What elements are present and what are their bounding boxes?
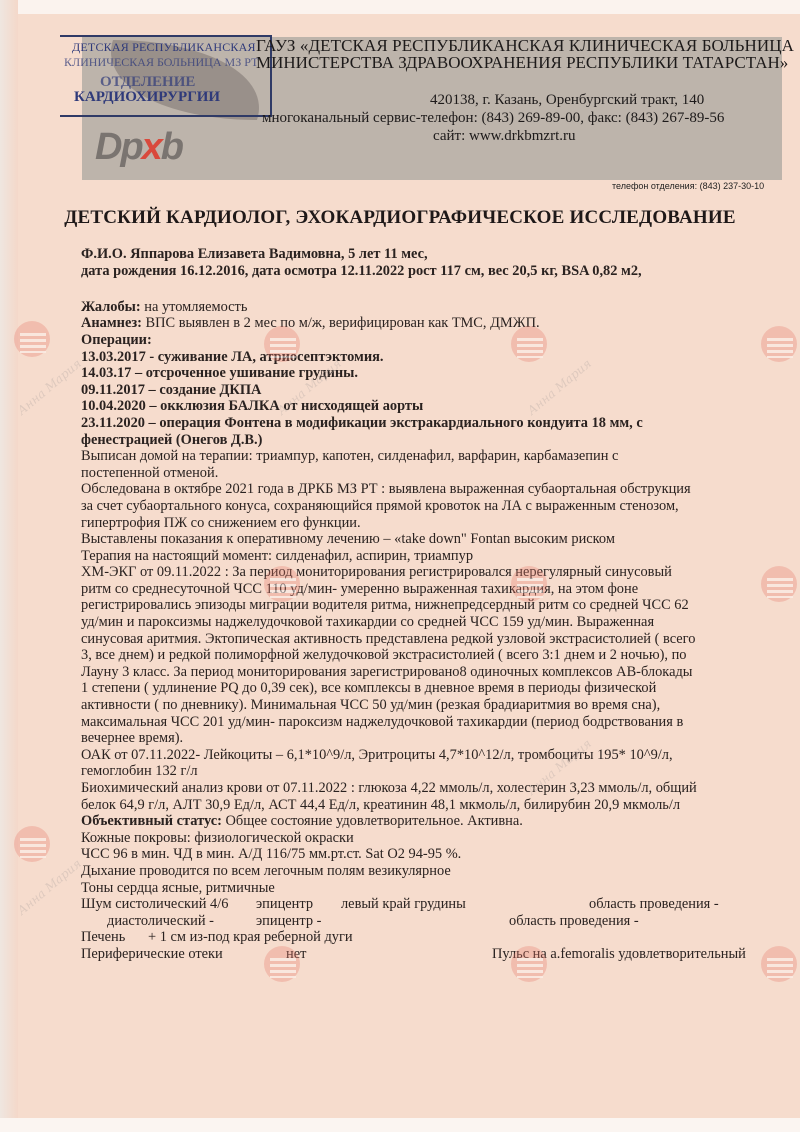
holter-line: Лауну 3 класс. За период мониторирования… <box>81 664 781 681</box>
logo-part: x <box>142 126 161 168</box>
document-title: ДЕТСКИЙ КАРДИОЛОГ, ЭХОКАРДИОГРАФИЧЕСКОЕ … <box>0 207 800 229</box>
edema-value: нет <box>286 946 306 963</box>
holter-line: ХМ-ЭКГ от 09.11.2022 : За период монитор… <box>81 564 781 581</box>
breathing: Дыхание проводится по всем легочным поля… <box>81 863 781 880</box>
objective-status: Объективный статус: Общее состояние удов… <box>81 813 781 830</box>
cbc-line: ОАК от 07.11.2022- Лейкоциты – 6,1*10^9/… <box>81 747 781 764</box>
murmur-systolic-row: Шум систолический 4/6 эпицентр левый кра… <box>81 896 781 913</box>
vitals: ЧСС 96 в мин. ЧД в мин. А/Д 116/75 мм.рт… <box>81 846 781 863</box>
murmur-epicenter-label: эпицентр <box>256 896 313 913</box>
exam-2021-line: гипертрофия ПЖ со снижением его функции. <box>81 515 781 532</box>
biochem-line: белок 64,9 г/л, АЛТ 30,9 Ед/л, АСТ 44,4 … <box>81 797 781 814</box>
patient-details-line: дата рождения 16.12.2016, дата осмотра 1… <box>81 263 781 280</box>
org-website: сайт: www.drkbmzrt.ru <box>433 128 576 145</box>
operation-item: 10.04.2020 – окклюзия БАЛКА от нисходяще… <box>81 398 781 415</box>
holter-line: уд/мин и пароксизмы наджелудочковой тахи… <box>81 614 781 631</box>
murmur-diastolic-label: диастолический - <box>107 913 214 930</box>
current-therapy: Терапия на настоящий момент: силденафил,… <box>81 548 781 565</box>
holter-line: регистрировались эпизоды миграции водите… <box>81 597 781 614</box>
scan-edge-bottom <box>0 1118 800 1132</box>
murmur-diastolic-epicenter: эпицентр - <box>256 913 321 930</box>
biochem-line: Биохимический анализ крови от 07.11.2022… <box>81 780 781 797</box>
liver-value: + 1 см из-под края реберной дуги <box>148 929 353 946</box>
murmur-epicenter-value: левый край грудины <box>341 896 466 913</box>
operation-item: 14.03.17 – отсроченное ушивание грудины. <box>81 365 781 382</box>
anamnesis-value: ВПС выявлен в 2 мес по м/ж, верифицирова… <box>142 315 540 331</box>
murmur-diastolic-conduction: область проведения - <box>509 913 639 930</box>
holter-line: ритм со среднесуточной ЧСС 110 уд/мин- у… <box>81 581 781 598</box>
murmur-systolic-label: Шум систолический 4/6 <box>81 896 228 913</box>
complaints: Жалобы: на утомляемость <box>81 299 781 316</box>
heart-tones: Тоны сердца ясные, ритмичные <box>81 880 781 897</box>
hospital-logo: Dрxb <box>95 126 182 169</box>
operation-item: 23.11.2020 – операция Фонтена в модифика… <box>81 415 781 432</box>
holter-line: синусовая аритмия. Эктопическая активнос… <box>81 631 781 648</box>
holter-line: активности ( по дневнику). Минимальная Ч… <box>81 697 781 714</box>
stamp-line: ДЕТСКАЯ РЕСПУБЛИКАНСКАЯ <box>72 40 256 55</box>
murmur-diastolic-row: диастолический - эпицентр - область пров… <box>81 913 781 930</box>
edema-label: Периферические отеки <box>81 946 223 963</box>
indications: Выставлены показания к оперативному лече… <box>81 531 781 548</box>
objective-label: Объективный статус: <box>81 813 222 829</box>
operations-label: Операции: <box>81 332 781 349</box>
liver-row: Печень + 1 см из-под края реберной дуги <box>81 929 781 946</box>
operation-item: 13.03.2017 - суживание ЛА, атриосептэкто… <box>81 349 781 366</box>
holter-line: 1 степени ( удлинение PQ до 0,39 сек), в… <box>81 680 781 697</box>
scan-edge-left <box>0 0 18 1132</box>
edema-row: Периферические отеки нет Пульс на a.femo… <box>81 946 781 963</box>
pulse-femoralis: Пульс на a.femoralis удовлетворительный <box>492 946 746 963</box>
operation-item: 09.11.2017 – создание ДКПА <box>81 382 781 399</box>
discharge-line: Выписан домой на терапии: триампур, капо… <box>81 448 781 465</box>
exam-2021-line: за счет субаортального конуса, сохраняющ… <box>81 498 781 515</box>
org-address: 420138, г. Казань, Оренбургский тракт, 1… <box>430 92 704 109</box>
org-phones: многоканальный сервис-телефон: (843) 269… <box>262 110 724 127</box>
document-body: Ф.И.О. Яппарова Елизавета Вадимовна, 5 л… <box>81 246 781 963</box>
holter-line: вечернее время). <box>81 730 781 747</box>
department-phone: телефон отделения: (843) 237-30-10 <box>612 181 764 191</box>
patient-name-line: Ф.И.О. Яппарова Елизавета Вадимовна, 5 л… <box>81 246 781 263</box>
holter-line: максимальная ЧСС 201 уд/мин- пароксизм н… <box>81 714 781 731</box>
holter-line: 3, все днем) и редкой полиморфной желудо… <box>81 647 781 664</box>
exam-2021-line: Обследована в октябре 2021 года в ДРКБ М… <box>81 481 781 498</box>
objective-value: Общее состояние удовлетворительное. Акти… <box>222 813 523 829</box>
scan-edge-top <box>0 0 800 14</box>
liver-label: Печень <box>81 929 125 946</box>
watermark-signature: Анна Мария <box>15 356 84 417</box>
discharge-line: постепенной отменой. <box>81 465 781 482</box>
anamnesis: Анамнез: ВПС выявлен в 2 мес по м/ж, вер… <box>81 315 781 332</box>
murmur-conduction: область проведения - <box>589 896 719 913</box>
stamp-line: КЛИНИЧЕСКАЯ БОЛЬНИЦА МЗ РТ <box>64 55 258 70</box>
cbc-line: гемоглобин 132 г/л <box>81 763 781 780</box>
complaints-label: Жалобы: <box>81 299 141 315</box>
operation-item: фенестрацией (Онегов Д.В.) <box>81 432 781 449</box>
stamp-line: КАРДИОХИРУРГИИ <box>74 89 220 106</box>
skin: Кожные покровы: физиологической окраски <box>81 830 781 847</box>
complaints-value: на утомляемость <box>141 299 248 315</box>
watermark-signature: Анна Мария <box>15 856 84 917</box>
anamnesis-label: Анамнез: <box>81 315 142 331</box>
org-name-line2: МИНИСТЕРСТВА ЗДРАВООХРАНЕНИЯ РЕСПУБЛИКИ … <box>256 53 788 73</box>
logo-part: Dр <box>95 126 142 168</box>
logo-part: b <box>161 126 182 168</box>
